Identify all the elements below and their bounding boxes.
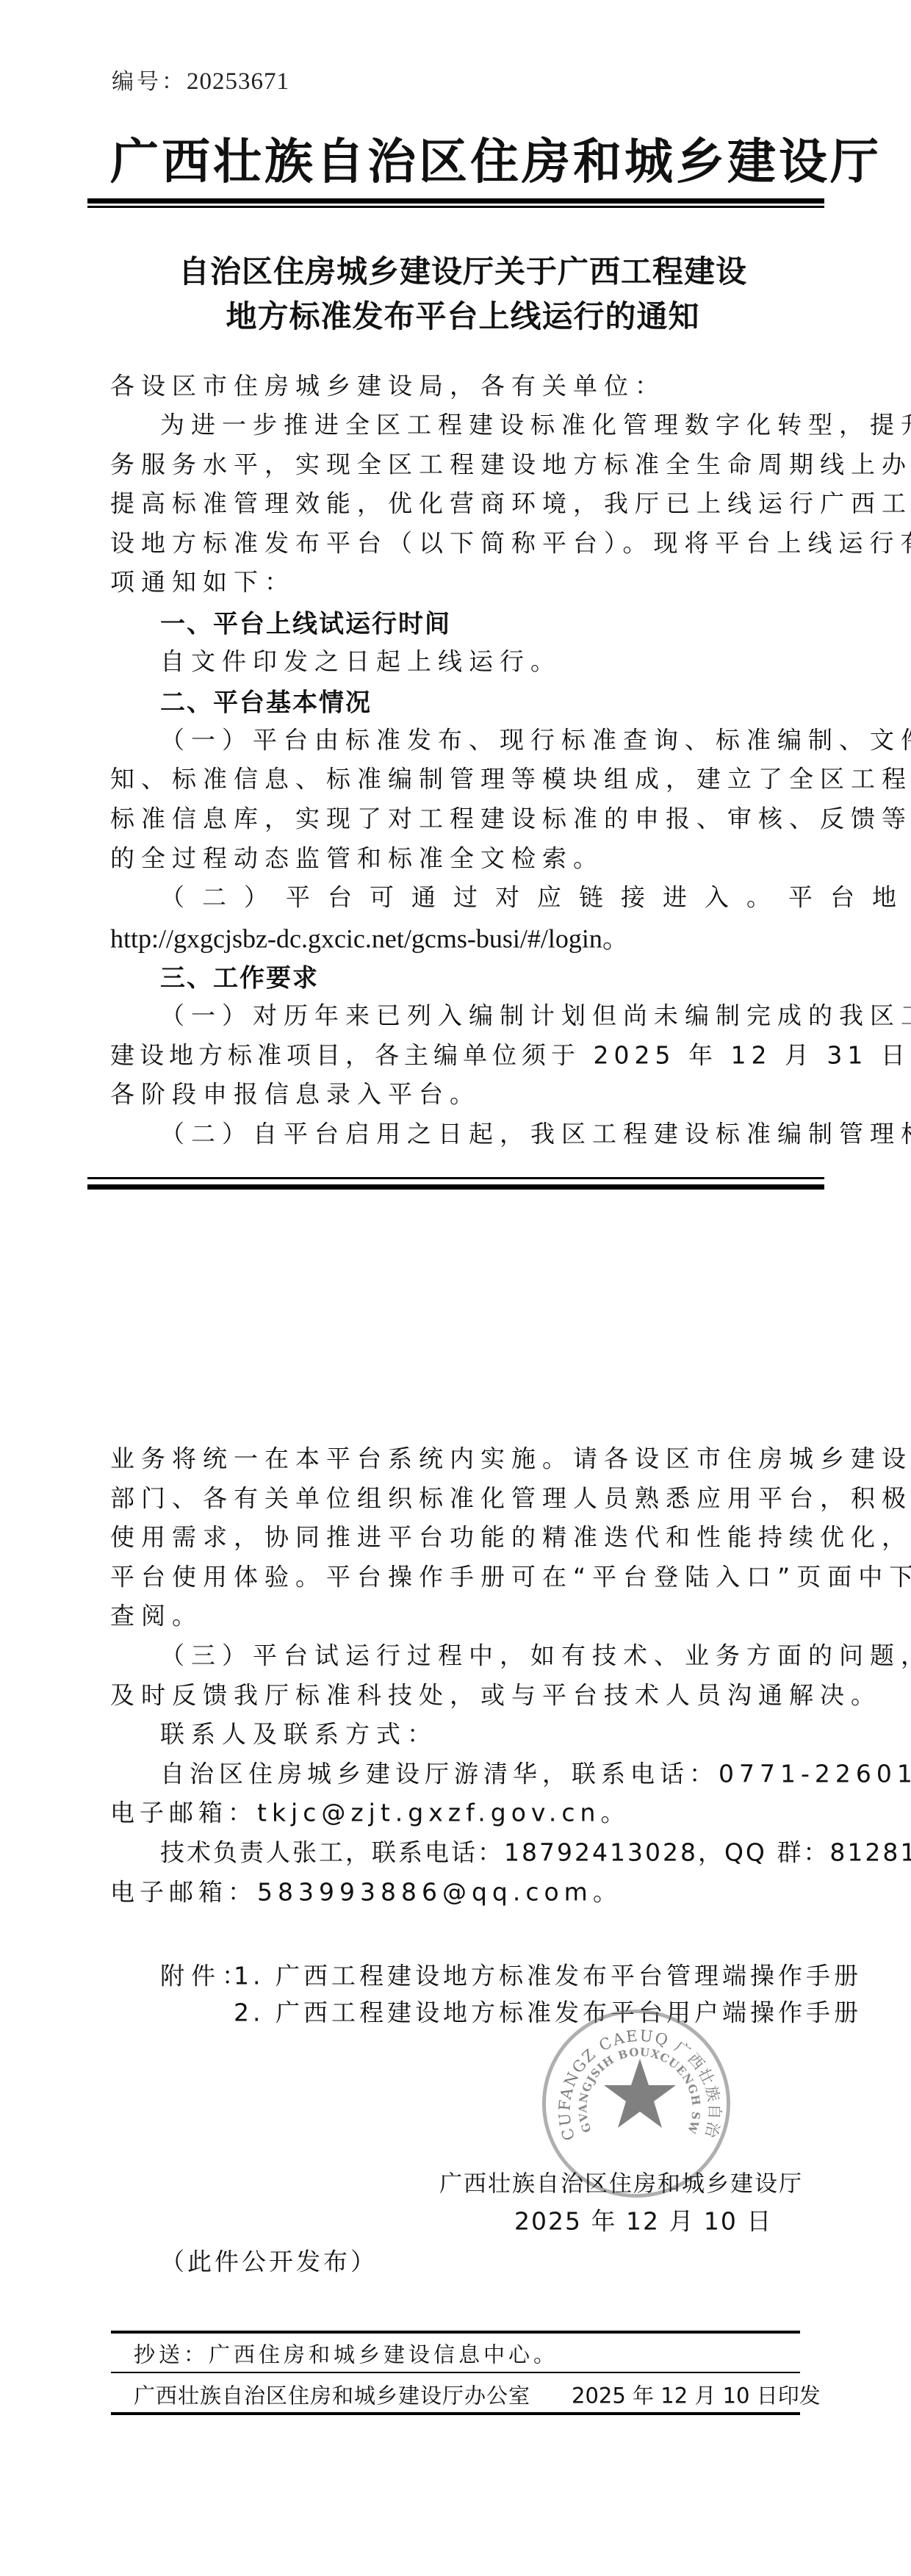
footer-rule-bottom <box>111 2412 800 2415</box>
body-line: 电子邮箱：583993886@qq.com。 <box>110 1879 622 1904</box>
page-1-bottom-rule-thin <box>87 1177 824 1179</box>
public-release-note: （此件公开发布） <box>160 2250 378 2274</box>
notice-title-line-2: 地方标准发布平台上线运行的通知 <box>110 292 815 337</box>
footer-rule-top <box>111 2331 800 2334</box>
body-line: 电子邮箱：tkjc@zjt.gxzf.gov.cn。 <box>110 1801 630 1825</box>
body-line: 为进一步推进全区工程建设标准化管理数字化转型，提升政 <box>160 413 911 437</box>
notice-title-line-1: 自治区住房城乡建设厅关于广西工程建设 <box>110 248 815 292</box>
signature-date: 2025 年 12 月 10 日 <box>514 2209 772 2234</box>
body-line: 设地方标准发布平台（以下简称平台）。现将平台上线运行有关事 <box>110 530 911 555</box>
official-seal: CUFANGZ CAEUQ 广西壮族自治区住房和城乡建设厅 GVANGJSIH … <box>542 2010 730 2198</box>
document-number: 编号：20253671 <box>112 63 289 96</box>
body-line: 技术负责人张工，联系电话：18792413028，QQ 群：812813511， <box>160 1841 911 1865</box>
section-heading: 二、平台基本情况 <box>160 683 372 719</box>
section-heading: 三、工作要求 <box>160 958 319 994</box>
body-line: 业务将统一在本平台系统内实施。请各设区市住房城乡建设主管 <box>110 1447 911 1471</box>
body-line: 联系人及联系方式： <box>160 1722 438 1746</box>
body-line: 各阶段申报信息录入平台。 <box>110 1082 480 1107</box>
body-line: 项通知如下： <box>110 570 295 594</box>
page-1-bottom-rule-thick <box>87 1184 824 1190</box>
body-line: （二）平台可通过对应链接进入。平台地址： <box>160 885 911 910</box>
document-number-value: 20253671 <box>187 68 289 95</box>
issuer-office: 广西壮族自治区住房和城乡建设厅办公室 <box>134 2380 530 2410</box>
header-rule-thick <box>87 198 824 204</box>
issue-date: 2025 年 12 月 10 日印发 <box>572 2380 821 2410</box>
body-line: （三）平台试运行过程中，如有技术、业务方面的问题，请 <box>160 1644 911 1668</box>
header-rule-thin <box>87 206 824 208</box>
body-line: 平台使用体验。平台操作手册可在“平台登陆入口”页面中下载 <box>110 1564 911 1589</box>
body-line: 部门、各有关单位组织标准化管理人员熟悉应用平台，积极反馈 <box>110 1486 911 1510</box>
agency-header: 广西壮族自治区住房和城乡建设厅 <box>110 123 815 193</box>
body-line: 标准信息库，实现了对工程建设标准的申报、审核、反馈等环节 <box>110 807 911 831</box>
section-heading: 一、平台上线试运行时间 <box>160 604 451 640</box>
body-line: 使用需求，协同推进平台功能的精准迭代和性能持续优化，提升 <box>110 1525 911 1550</box>
body-line: （一）平台由标准发布、现行标准查询、标准编制、文件通 <box>160 727 911 752</box>
body-line: （二）自平台启用之日起，我区工程建设标准编制管理相关 <box>160 1121 911 1145</box>
body-line: http://gxgcjsbz-dc.gxcic.net/gcms-busi/#… <box>110 918 629 955</box>
document-number-label: 编号： <box>112 69 187 95</box>
body-line: 提高标准管理效能，优化营商环境，我厅已上线运行广西工程建 <box>110 492 911 516</box>
signature-organization: 广西壮族自治区住房和城乡建设厅 <box>439 2173 803 2196</box>
body-line: 知、标准信息、标准编制管理等模块组成，建立了全区工程建设 <box>110 767 911 791</box>
footer-rule-middle <box>111 2372 800 2373</box>
salutation: 各设区市住房城乡建设局，各有关单位： <box>110 374 666 398</box>
attachment-item-1: 1. 广西工程建设地方标准发布平台管理端操作手册 <box>234 1964 862 1988</box>
body-line: 自治区住房城乡建设厅游清华，联系电话：0771-2260139， <box>160 1761 911 1785</box>
body-line: 自文件印发之日起上线运行。 <box>160 649 561 673</box>
body-line: 建设地方标准项目，各主编单位须于 2025 年 12 月 31 日前将项目 <box>110 1043 911 1067</box>
seal-star-icon <box>603 2057 677 2131</box>
body-line: 查阅。 <box>110 1604 203 1628</box>
body-line: （一）对历年来已列入编制计划但尚未编制完成的我区工程 <box>160 1004 911 1028</box>
body-line: 务服务水平，实现全区工程建设地方标准全生命周期线上办理， <box>110 452 911 476</box>
body-line: 及时反馈我厅标准科技处，或与平台技术人员沟通解决。 <box>110 1683 882 1707</box>
cc-line: 抄送：广西住房和城乡建设信息中心。 <box>134 2339 558 2369</box>
body-line: 的全过程动态监管和标准全文检索。 <box>110 846 604 870</box>
